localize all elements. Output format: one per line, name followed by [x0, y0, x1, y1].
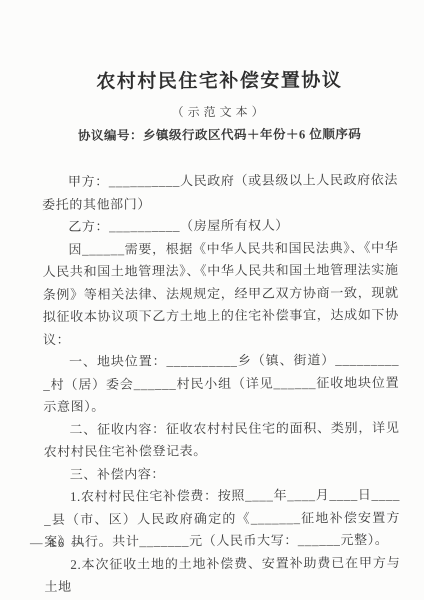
clause-3-compensation-heading: 三、补偿内容： [44, 461, 400, 486]
document-title: 农村村民住宅补偿安置协议 [41, 0, 398, 95]
clause-1-plot-location: 一、地块位置：__________乡（镇、街道）__________村（居）委会… [43, 349, 399, 419]
document-content: 农村村民住宅补偿安置协议 （示范文本） 协议编号：乡镇级行政区代码＋年份＋6 位… [41, 0, 401, 599]
clause-3-item-2: 2.本次征收土地的土地补偿费、安置补助费已在甲方与土地 [44, 551, 400, 598]
paragraph-party-a: 甲方：__________人民政府（或县级以上人民政府依法委托的其他部门） [42, 169, 398, 216]
document-body: 甲方：__________人民政府（或县级以上人民政府依法委托的其他部门） 乙方… [42, 169, 401, 599]
clause-3-item-1: 1.农村村民住宅补偿费：按照____年____月____日_____县（市、区）… [44, 484, 400, 554]
page-number: — 16 — [30, 536, 86, 551]
document-page: 农村村民住宅补偿安置协议 （示范文本） 协议编号：乡镇级行政区代码＋年份＋6 位… [0, 0, 424, 600]
paragraph-party-b: 乙方：__________（房屋所有权人） [42, 214, 398, 239]
paragraph-preamble: 因______需要，根据《中华人民共和国民法典》、《中华人民共和国土地管理法》、… [42, 236, 399, 351]
clause-2-expropriation-content: 二、征收内容：征收农村村民住宅的面积、类别，详见农村村民住宅补偿登记表。 [43, 416, 399, 463]
agreement-number-line: 协议编号：乡镇级行政区代码＋年份＋6 位顺序码 [42, 126, 398, 144]
document-subtitle: （示范文本） [42, 104, 398, 121]
